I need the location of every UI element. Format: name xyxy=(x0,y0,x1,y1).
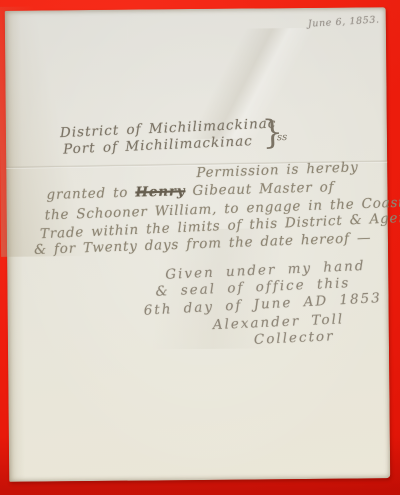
header-jurat-ss: ss xyxy=(277,132,287,143)
pencil-date-note: June 6, 1853. xyxy=(308,14,380,29)
red-backdrop: June 6, 1853. District of Michilimackina… xyxy=(0,0,400,495)
manuscript-paper: June 6, 1853. District of Michilimackina… xyxy=(5,7,391,482)
body-line-2-suffix: Gibeaut Master of xyxy=(185,179,334,199)
struck-out-name: Henry xyxy=(135,183,186,200)
body-line-2-prefix: granted to xyxy=(46,185,135,203)
